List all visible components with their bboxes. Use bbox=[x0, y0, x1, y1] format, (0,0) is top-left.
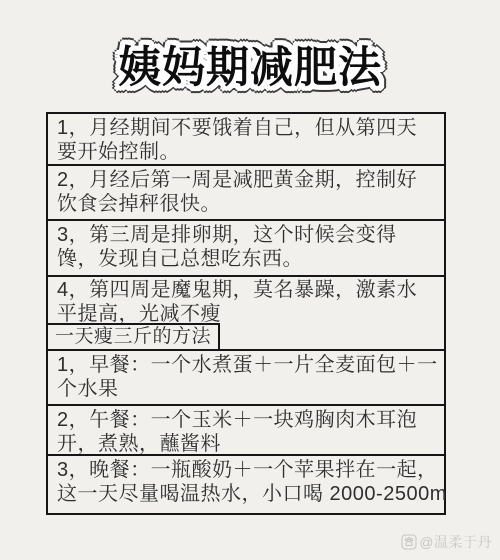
subheader-tab: 一天瘦三斤的方法 bbox=[46, 323, 220, 351]
tips-table: 1，月经期间不要饿着自己，但从第四天 要开始控制。 2，月经后第一周是减肥黄金期… bbox=[46, 112, 446, 515]
row-text: 2，午餐：一个玉米＋一块鸡胸肉木耳泡 bbox=[57, 408, 435, 432]
row-text: 4，第四周是魔鬼期，莫名暴躁，激素水 bbox=[57, 278, 435, 302]
row-text: 3，第三周是排卵期，这个时候会变得 bbox=[57, 223, 435, 247]
row-text: 1，早餐：一个水煮蛋＋一片全麦面包＋一 bbox=[57, 353, 435, 377]
table-row: 3，晚餐：一瓶酸奶＋一个苹果拌在一起， 这一天尽量喝温热水，小口喝 2000-2… bbox=[48, 456, 444, 513]
row-text: 开，煮熟，蘸酱料 bbox=[57, 432, 435, 456]
row-text: 这一天尽量喝温热水，小口喝 2000-2500m bbox=[57, 482, 435, 506]
table-row: 2，月经后第一周是减肥黄金期，控制好 饮食会掉秤很快。 bbox=[48, 166, 444, 221]
table-row: 3，第三周是排卵期，这个时候会变得 馋，发现自己总想吃东西。 bbox=[48, 221, 444, 277]
table-row: 4，第四周是魔鬼期，莫名暴躁，激素水 平提高，光减不瘦 一天瘦三斤的方法 bbox=[48, 277, 444, 351]
table-row: 2，午餐：一个玉米＋一块鸡胸肉木耳泡 开，煮熟，蘸酱料 bbox=[48, 406, 444, 456]
table-row: 1，早餐：一个水煮蛋＋一片全麦面包＋一 个水果 bbox=[48, 351, 444, 406]
paw-print-icon bbox=[401, 534, 417, 550]
row-text: 2，月经后第一周是减肥黄金期，控制好 bbox=[57, 168, 435, 192]
page-title: 姨妈期减肥法 bbox=[0, 34, 500, 95]
page: 姨妈期减肥法 1，月经期间不要饿着自己，但从第四天 要开始控制。 2，月经后第一… bbox=[0, 0, 500, 560]
row-text: 饮食会掉秤很快。 bbox=[57, 192, 435, 216]
row-text: 馋，发现自己总想吃东西。 bbox=[57, 247, 435, 271]
subheader-text: 一天瘦三斤的方法 bbox=[55, 326, 211, 347]
watermark-handle: @温柔于丹 bbox=[419, 532, 492, 552]
table-row: 1，月经期间不要饿着自己，但从第四天 要开始控制。 bbox=[48, 114, 444, 166]
row-text: 个水果 bbox=[57, 377, 435, 401]
watermark: @温柔于丹 bbox=[401, 532, 492, 552]
row-text: 3，晚餐：一瓶酸奶＋一个苹果拌在一起， bbox=[57, 458, 435, 482]
row-text: 要开始控制。 bbox=[57, 140, 435, 164]
row-text: 1，月经期间不要饿着自己，但从第四天 bbox=[57, 116, 435, 140]
